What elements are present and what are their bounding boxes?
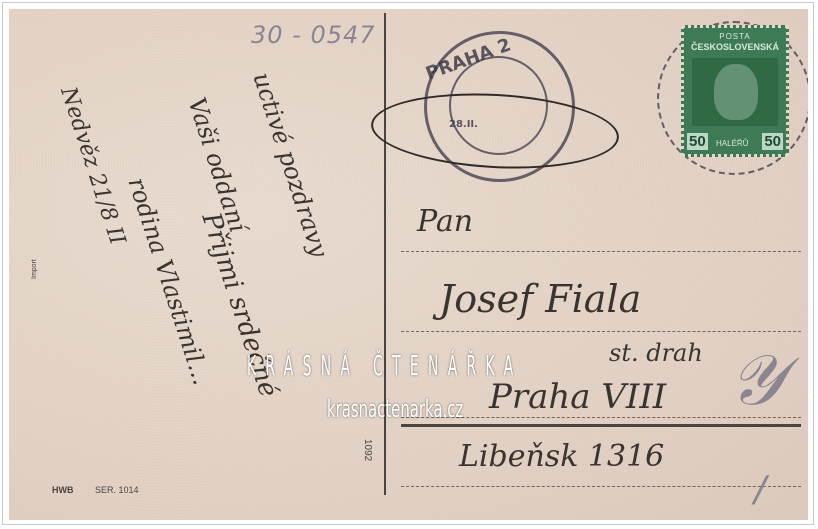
address-line-1 — [401, 251, 801, 252]
series-number: SER. 1014 — [95, 485, 139, 495]
publisher-mark: HWB — [52, 485, 74, 495]
address-city: Praha VIII — [489, 377, 666, 417]
address-title: st. drah — [609, 339, 703, 367]
address-name: Josef Fiala — [439, 277, 641, 321]
stamp-value-right: 50 — [762, 133, 783, 150]
address-line-heavy — [401, 424, 801, 427]
stamp-top-text: POSTA — [684, 32, 786, 41]
address-line-4 — [401, 486, 801, 487]
stamp-portrait — [714, 64, 758, 120]
stamp-value-left: 50 — [687, 133, 708, 150]
pen-oval-mark — [369, 88, 621, 175]
archive-number: 30 - 0547 — [251, 21, 376, 49]
stamp-country: ČESKOSLOVENSKÁ — [684, 42, 786, 52]
address-line-2 — [401, 331, 801, 332]
message-line-2: uctivé pozdravy — [247, 69, 333, 261]
message-line-4: rodina Vlastimil... — [122, 174, 215, 388]
address-street: Libeňsk 1316 — [459, 439, 664, 474]
postcard: 30 - 0547 Přijmi srdečné uctivé pozdravy… — [9, 9, 808, 520]
stamp-denomination: HALÉŘŮ — [716, 139, 748, 148]
address-salutation: Pan — [417, 204, 473, 239]
pencil-mark: 𝒴 — [729, 339, 784, 422]
import-label: Import — [31, 259, 38, 279]
sender-place-date: Nedvěz 21/8 II — [55, 84, 130, 248]
postage-stamp: POSTA ČESKOSLOVENSKÁ 50 HALÉŘŮ 50 — [681, 25, 789, 157]
card-number: 1092 — [362, 439, 373, 461]
pencil-mark-small: / — [754, 469, 766, 510]
watermark-url: krasnactenarka.cz — [327, 395, 463, 423]
watermark-title: KRÁSNÁ ČTENÁŘKA — [247, 349, 522, 382]
